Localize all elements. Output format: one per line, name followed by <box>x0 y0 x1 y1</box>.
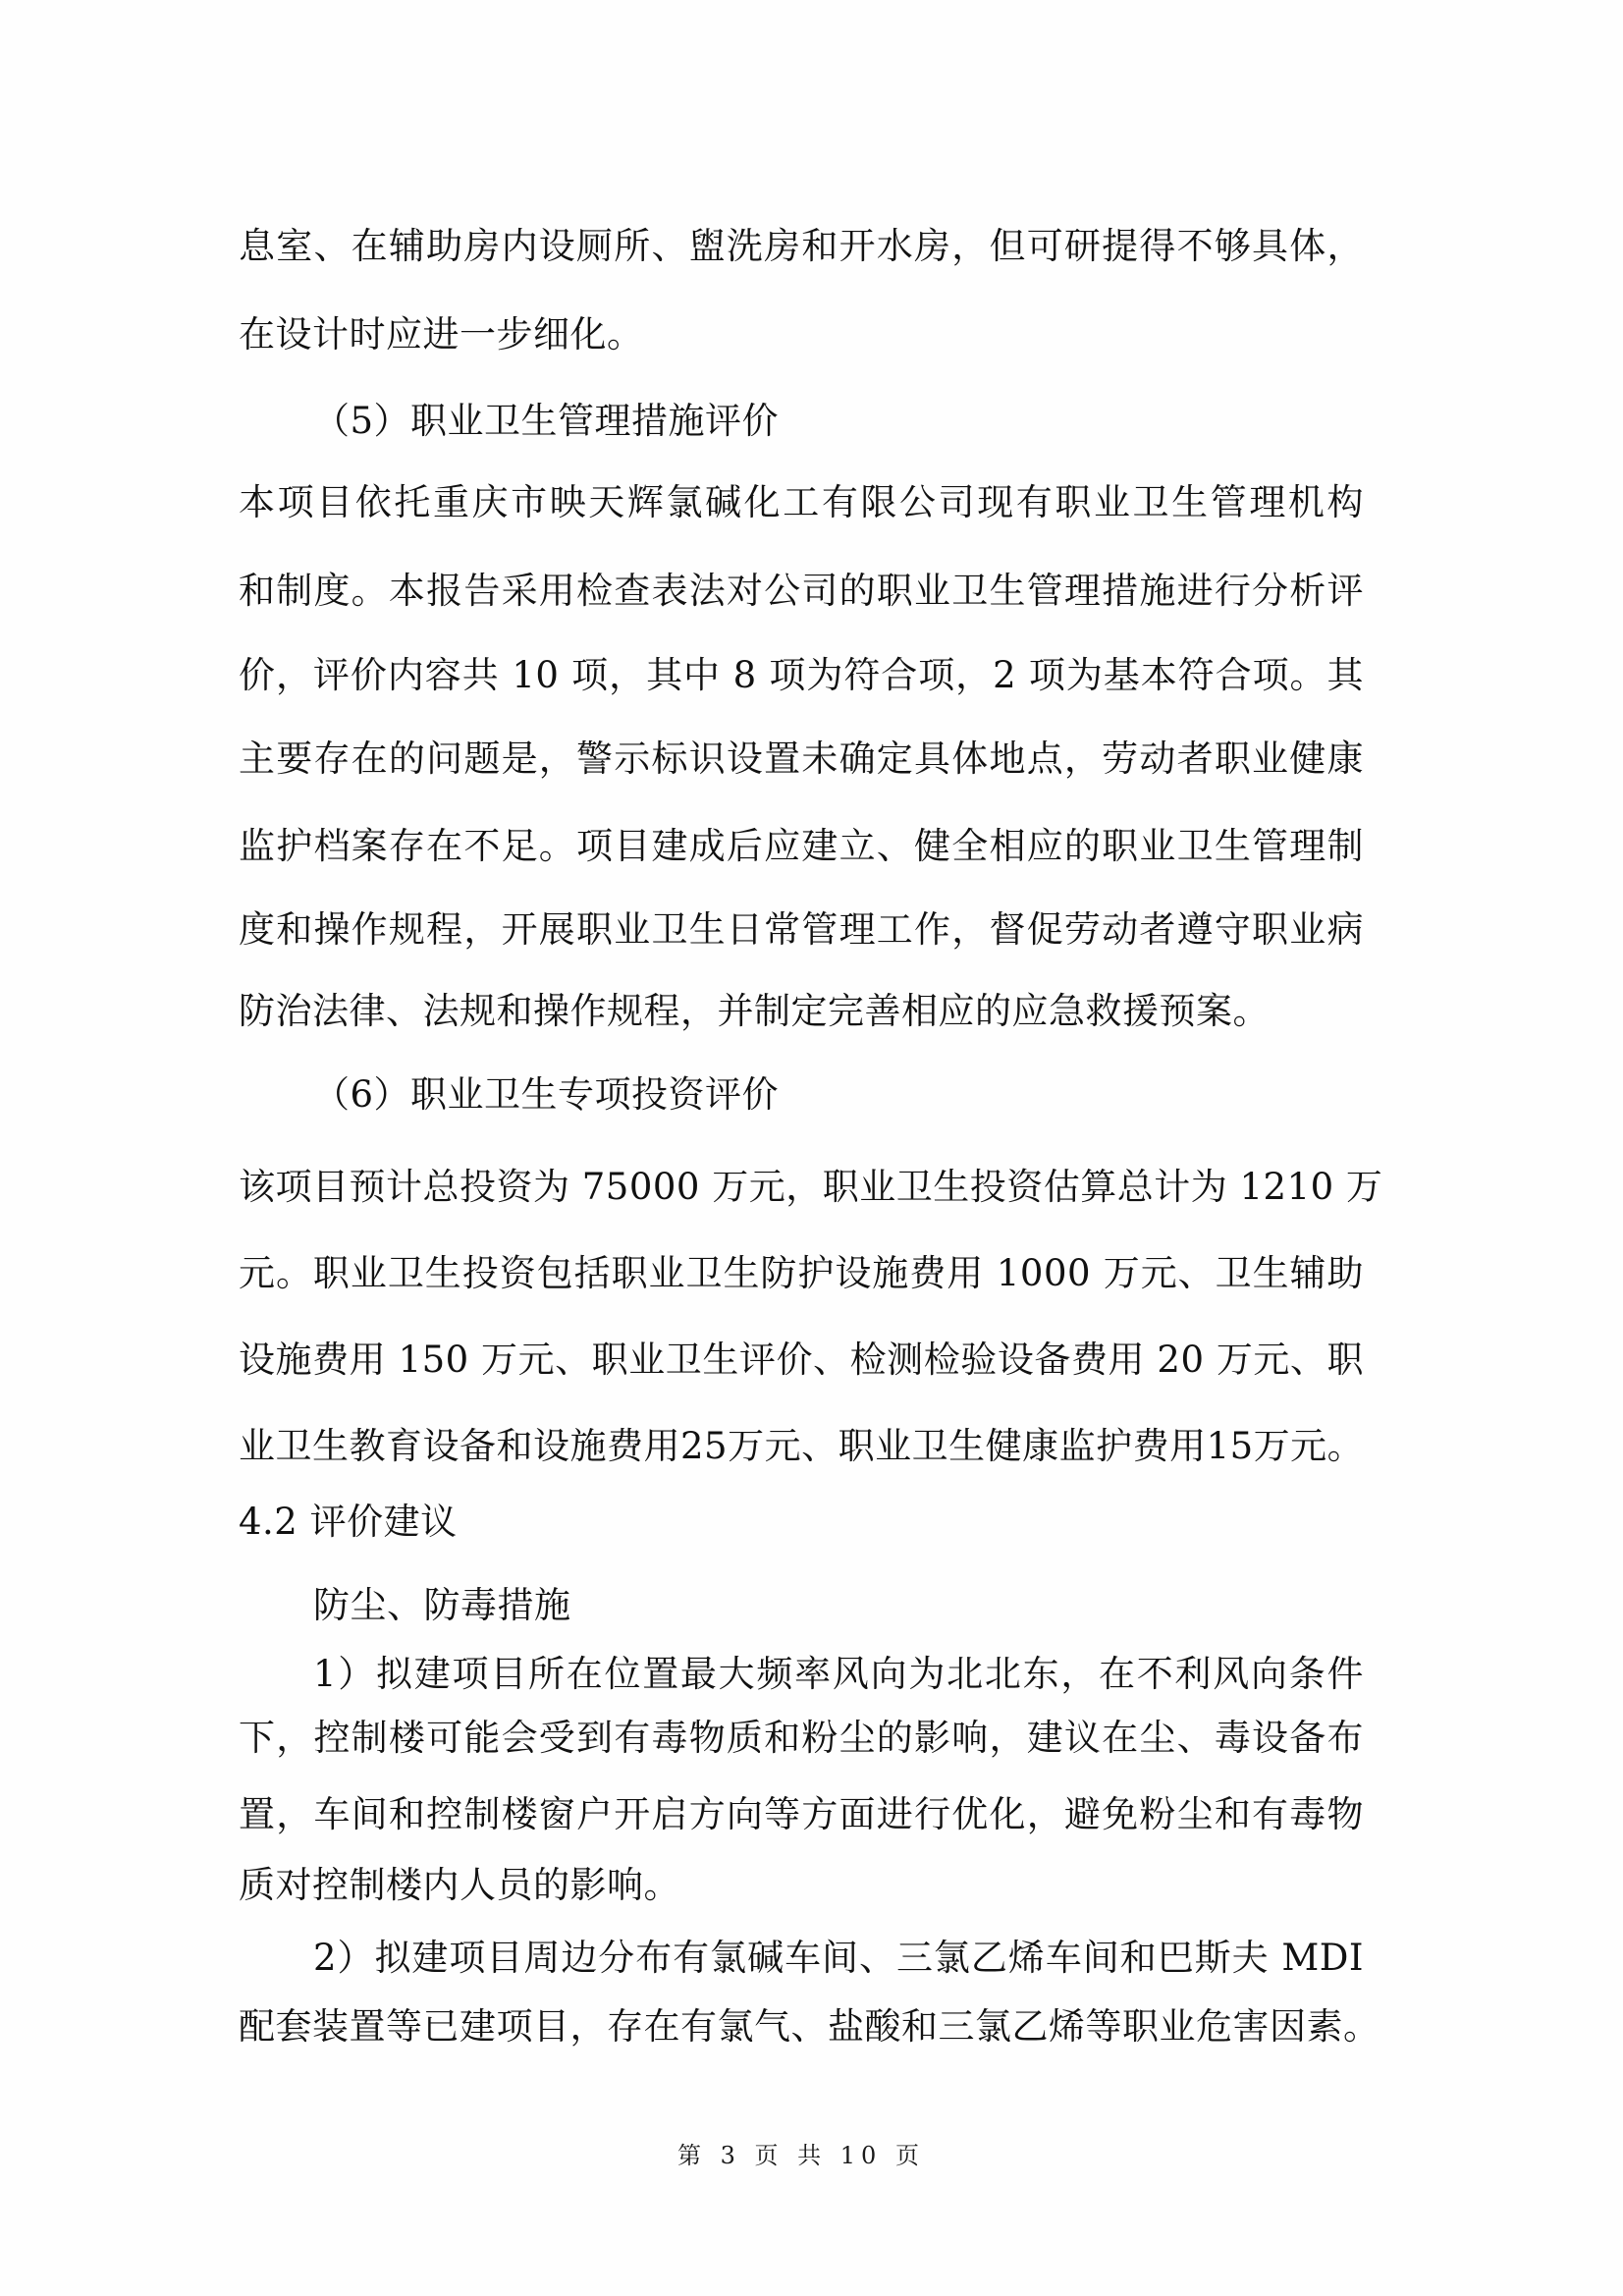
paragraph-line: 业卫生教育设备和设施费用25万元、职业卫生健康监护费用15万元。 <box>239 1425 1364 1468</box>
document-page: 息室、在辅助房内设厕所、盥洗房和开水房，但可研提得不够具体， 在设计时应进一步细… <box>0 0 1623 2296</box>
paragraph-line: 质对控制楼内人员的影响。 <box>239 1864 1364 1907</box>
paragraph-line: 监护档案存在不足。项目建成后应建立、健全相应的职业卫生管理制 <box>239 825 1364 868</box>
paragraph-line: 和制度。本报告采用检查表法对公司的职业卫生管理措施进行分析评 <box>239 570 1364 613</box>
paragraph-line: 主要存在的问题是，警示标识设置未确定具体地点，劳动者职业健康 <box>239 738 1364 781</box>
list-item-1-line: 1）拟建项目所在位置最大频率风向为北北东，在不利风向条件 <box>239 1653 1364 1696</box>
paragraph-line: 设施费用 150 万元、职业卫生评价、检测检验设备费用 20 万元、职 <box>239 1339 1364 1382</box>
paragraph-line: 防治法律、法规和操作规程，并制定完善相应的应急救援预案。 <box>239 990 1364 1033</box>
paragraph-line: 置，车间和控制楼窗户开启方向等方面进行优化，避免粉尘和有毒物 <box>239 1793 1364 1836</box>
paragraph-line: 价，评价内容共 10 项，其中 8 项为符合项，2 项为基本符合项。其 <box>239 654 1364 697</box>
section-heading-4-2: 4.2 评价建议 <box>239 1501 1364 1544</box>
paragraph-line: 本项目依托重庆市映天辉氯碱化工有限公司现有职业卫生管理机构 <box>239 481 1364 524</box>
paragraph-line: 元。职业卫生投资包括职业卫生防护设施费用 1000 万元、卫生辅助 <box>239 1252 1364 1295</box>
paragraph-line: 在设计时应进一步细化。 <box>239 313 1364 356</box>
paragraph-line: 息室、在辅助房内设厕所、盥洗房和开水房，但可研提得不够具体， <box>239 225 1364 268</box>
paragraph-line: 下，控制楼可能会受到有毒物质和粉尘的影响，建议在尘、毒设备布 <box>239 1717 1364 1760</box>
section-heading-5: （5）职业卫生管理措施评价 <box>239 400 1364 443</box>
paragraph-line: 配套装置等已建项目，存在有氯气、盐酸和三氯乙烯等职业危害因素。 <box>239 2005 1364 2049</box>
paragraph-line: 该项目预计总投资为 75000 万元，职业卫生投资估算总计为 1210 万 <box>239 1166 1364 1209</box>
page-number-footer: 第 3 页 共 10 页 <box>677 2142 925 2169</box>
section-heading-6: （6）职业卫生专项投资评价 <box>239 1073 1364 1117</box>
list-item-2-line: 2）拟建项目周边分布有氯碱车间、三氯乙烯车间和巴斯夫 MDI <box>239 1937 1364 1980</box>
paragraph-line: 度和操作规程，开展职业卫生日常管理工作，督促劳动者遵守职业病 <box>239 908 1364 952</box>
subsection-heading: 防尘、防毒措施 <box>239 1584 1364 1627</box>
